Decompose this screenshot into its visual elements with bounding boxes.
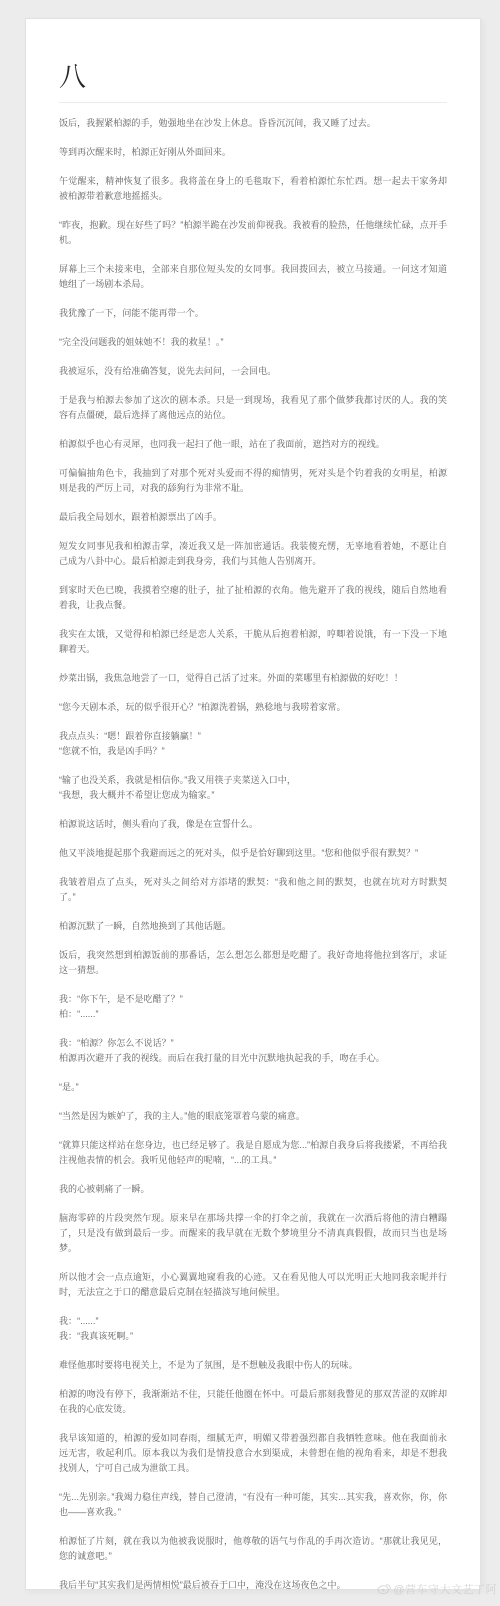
paragraph: 到家时天色已晚，我摸着空瘪的肚子，扯了扯柏源的衣角。他先避开了我的视线，随后自然… <box>59 583 447 613</box>
paragraph: “昨夜，抱歉。现在好些了吗？”柏源半跪在沙发前仰视我。我被看的脸热，任他继续忙碌… <box>59 218 447 248</box>
paragraph: 饭后，我突然想到柏源饭前的那番话，怎么想怎么都想是吃醋了。我好奇地将他拉到客厅，… <box>59 948 447 978</box>
paragraph: 等到再次醒来时，柏源正好刚从外面回来。 <box>59 145 447 160</box>
paragraph: 我实在太饿，又觉得和柏源已经是恋人关系，干脆从后抱着柏源，哼唧着说饿，有一下没一… <box>59 627 447 657</box>
paragraph: 脑海零碎的片段突然乍现。原来早在那场共撑一伞的打伞之前，我就在一次酒后将他的清白… <box>59 1211 447 1256</box>
paragraph: “输了也没关系，我就是相信你。”我又用筷子夹菜送入口中， “我想，我大概并不希望… <box>59 773 447 803</box>
paragraph: “是。” <box>59 1080 447 1095</box>
paragraph: 屏幕上三个未接来电，全部来自那位短头发的女同事。我回拨回去，被立马接通。一问这才… <box>59 262 447 292</box>
paragraph: 于是我与柏源去参加了这次的剧本杀。只是一到现场，我看见了那个做梦我都讨厌的人。我… <box>59 393 447 423</box>
paragraph: 我后半句“其实我们是两情相悦”最后被吞于口中，淹没在这场夜色之中。 <box>59 1578 447 1593</box>
paragraph: 柏源怔了片刻，就在我以为他被我说服时，他尊敬的语气与作乱的手再次造访。“那就让我… <box>59 1534 447 1564</box>
title-divider <box>59 102 447 103</box>
paragraph: 我犹豫了一下，问能不能再带一个。 <box>59 306 447 321</box>
paragraph: “先...先别亲。”我竭力稳住声线，替自己澄清，“有没有一种可能，其实...其实… <box>59 1490 447 1520</box>
paragraph: “您今天剧本杀，玩的似乎很开心？”柏源洗着锅，熟稔地与我唠着家常。 <box>59 700 447 715</box>
paragraph: 柏源似乎也心有灵犀，也同我一起扫了他一眼，站在了我面前，遮挡对方的视线。 <box>59 437 447 452</box>
paragraph: 柏源沉默了一瞬，自然地换到了其他话题。 <box>59 919 447 934</box>
chapter-content: 八 饭后，我握紧柏源的手，勉强地坐在沙发上休息。昏昏沉沉间，我又睡了过去。等到再… <box>26 19 480 1593</box>
paragraph: 最后我全局划水，跟着柏源票出了凶手。 <box>59 510 447 525</box>
paragraph: 所以他才会一点点逾矩，小心翼翼地窥看我的心迹。又在看见他人可以光明正大地同我亲昵… <box>59 1270 447 1300</box>
paragraph: 午觉醒来，精神恢复了很多。我将盖在身上的毛毯取下，看着柏源忙东忙西。想一起去干家… <box>59 174 447 204</box>
paragraph: 饭后，我握紧柏源的手，勉强地坐在沙发上休息。昏昏沉沉间，我又睡了过去。 <box>59 116 447 131</box>
paragraph: “当然是因为嫉妒了，我的主人。”他的眼底笼罩着乌蒙的痛意。 <box>59 1109 447 1124</box>
paragraph: 炒菜出锅，我焦急地尝了一口，觉得自己活了过来。外面的菜哪里有柏源做的好吃！！ <box>59 671 447 686</box>
paragraph: 我：“......” 我：“我真该死啊。” <box>59 1314 447 1344</box>
document-card: 八 饭后，我握紧柏源的手，勉强地坐在沙发上休息。昏昏沉沉间，我又睡了过去。等到再… <box>25 18 481 1590</box>
paragraph: “完全没问题我的姐妹她不！我的救星！。” <box>59 335 447 350</box>
paragraph: “就算只能这样站在您身边，也已经足够了。我是自愿成为您...”柏源自我身后将我搂… <box>59 1138 447 1168</box>
chapter-body: 饭后，我握紧柏源的手，勉强地坐在沙发上休息。昏昏沉沉间，我又睡了过去。等到再次醒… <box>59 116 447 1593</box>
chapter-title: 八 <box>59 61 447 93</box>
paragraph: 我的心被刺痛了一瞬。 <box>59 1182 447 1197</box>
paragraph: 我皱着眉点了点头，死对头之间给对方添堵的默契：“我和他之间的默契，也就在坑对方时… <box>59 875 447 905</box>
paragraph: 他又平淡地提起那个我避而远之的死对头，似乎是恰好聊到这里。“您和他似乎很有默契？… <box>59 846 447 861</box>
paragraph: 柏源的吻没有停下，我渐渐站不住，只能任他圈在怀中。可最后那刻我瞥见的那双苦涩的双… <box>59 1387 447 1417</box>
paragraph: 柏源说这话时，侧头看向了我，像是在宣誓什么。 <box>59 817 447 832</box>
paragraph: 我早该知道的，柏源的爱如同春雨，细腻无声，明媚又带着强烈都自我牺牲意味。他在我面… <box>59 1431 447 1476</box>
paragraph: 可偏偏抽角色卡，我抽到了对那个死对头爱而不得的痴情男，死对头是个钓着我的女明星，… <box>59 466 447 496</box>
paragraph: 难怪他那时要将电视关上，不是为了氛围，是不想触及我眼中伤人的玩味。 <box>59 1358 447 1373</box>
paragraph: 我点点头：“嗯！跟着你直接躺赢！” “您就不怕，我是凶手吗？” <box>59 729 447 759</box>
paragraph: 我：“柏源？你怎么不说话？” 柏源再次避开了我的视线。而后在我打量的目光中沉默地… <box>59 1036 447 1066</box>
paragraph: 短发女同事见我和柏源击掌，凑近我又是一阵加密通话。我装傻充愣，无辜地看着她，不愿… <box>59 539 447 569</box>
paragraph: 我：“你下午，是不是吃醋了？” 柏：“......” <box>59 992 447 1022</box>
paragraph: 我被逗乐，没有给准确答复，说先去问问，一会回电。 <box>59 364 447 379</box>
